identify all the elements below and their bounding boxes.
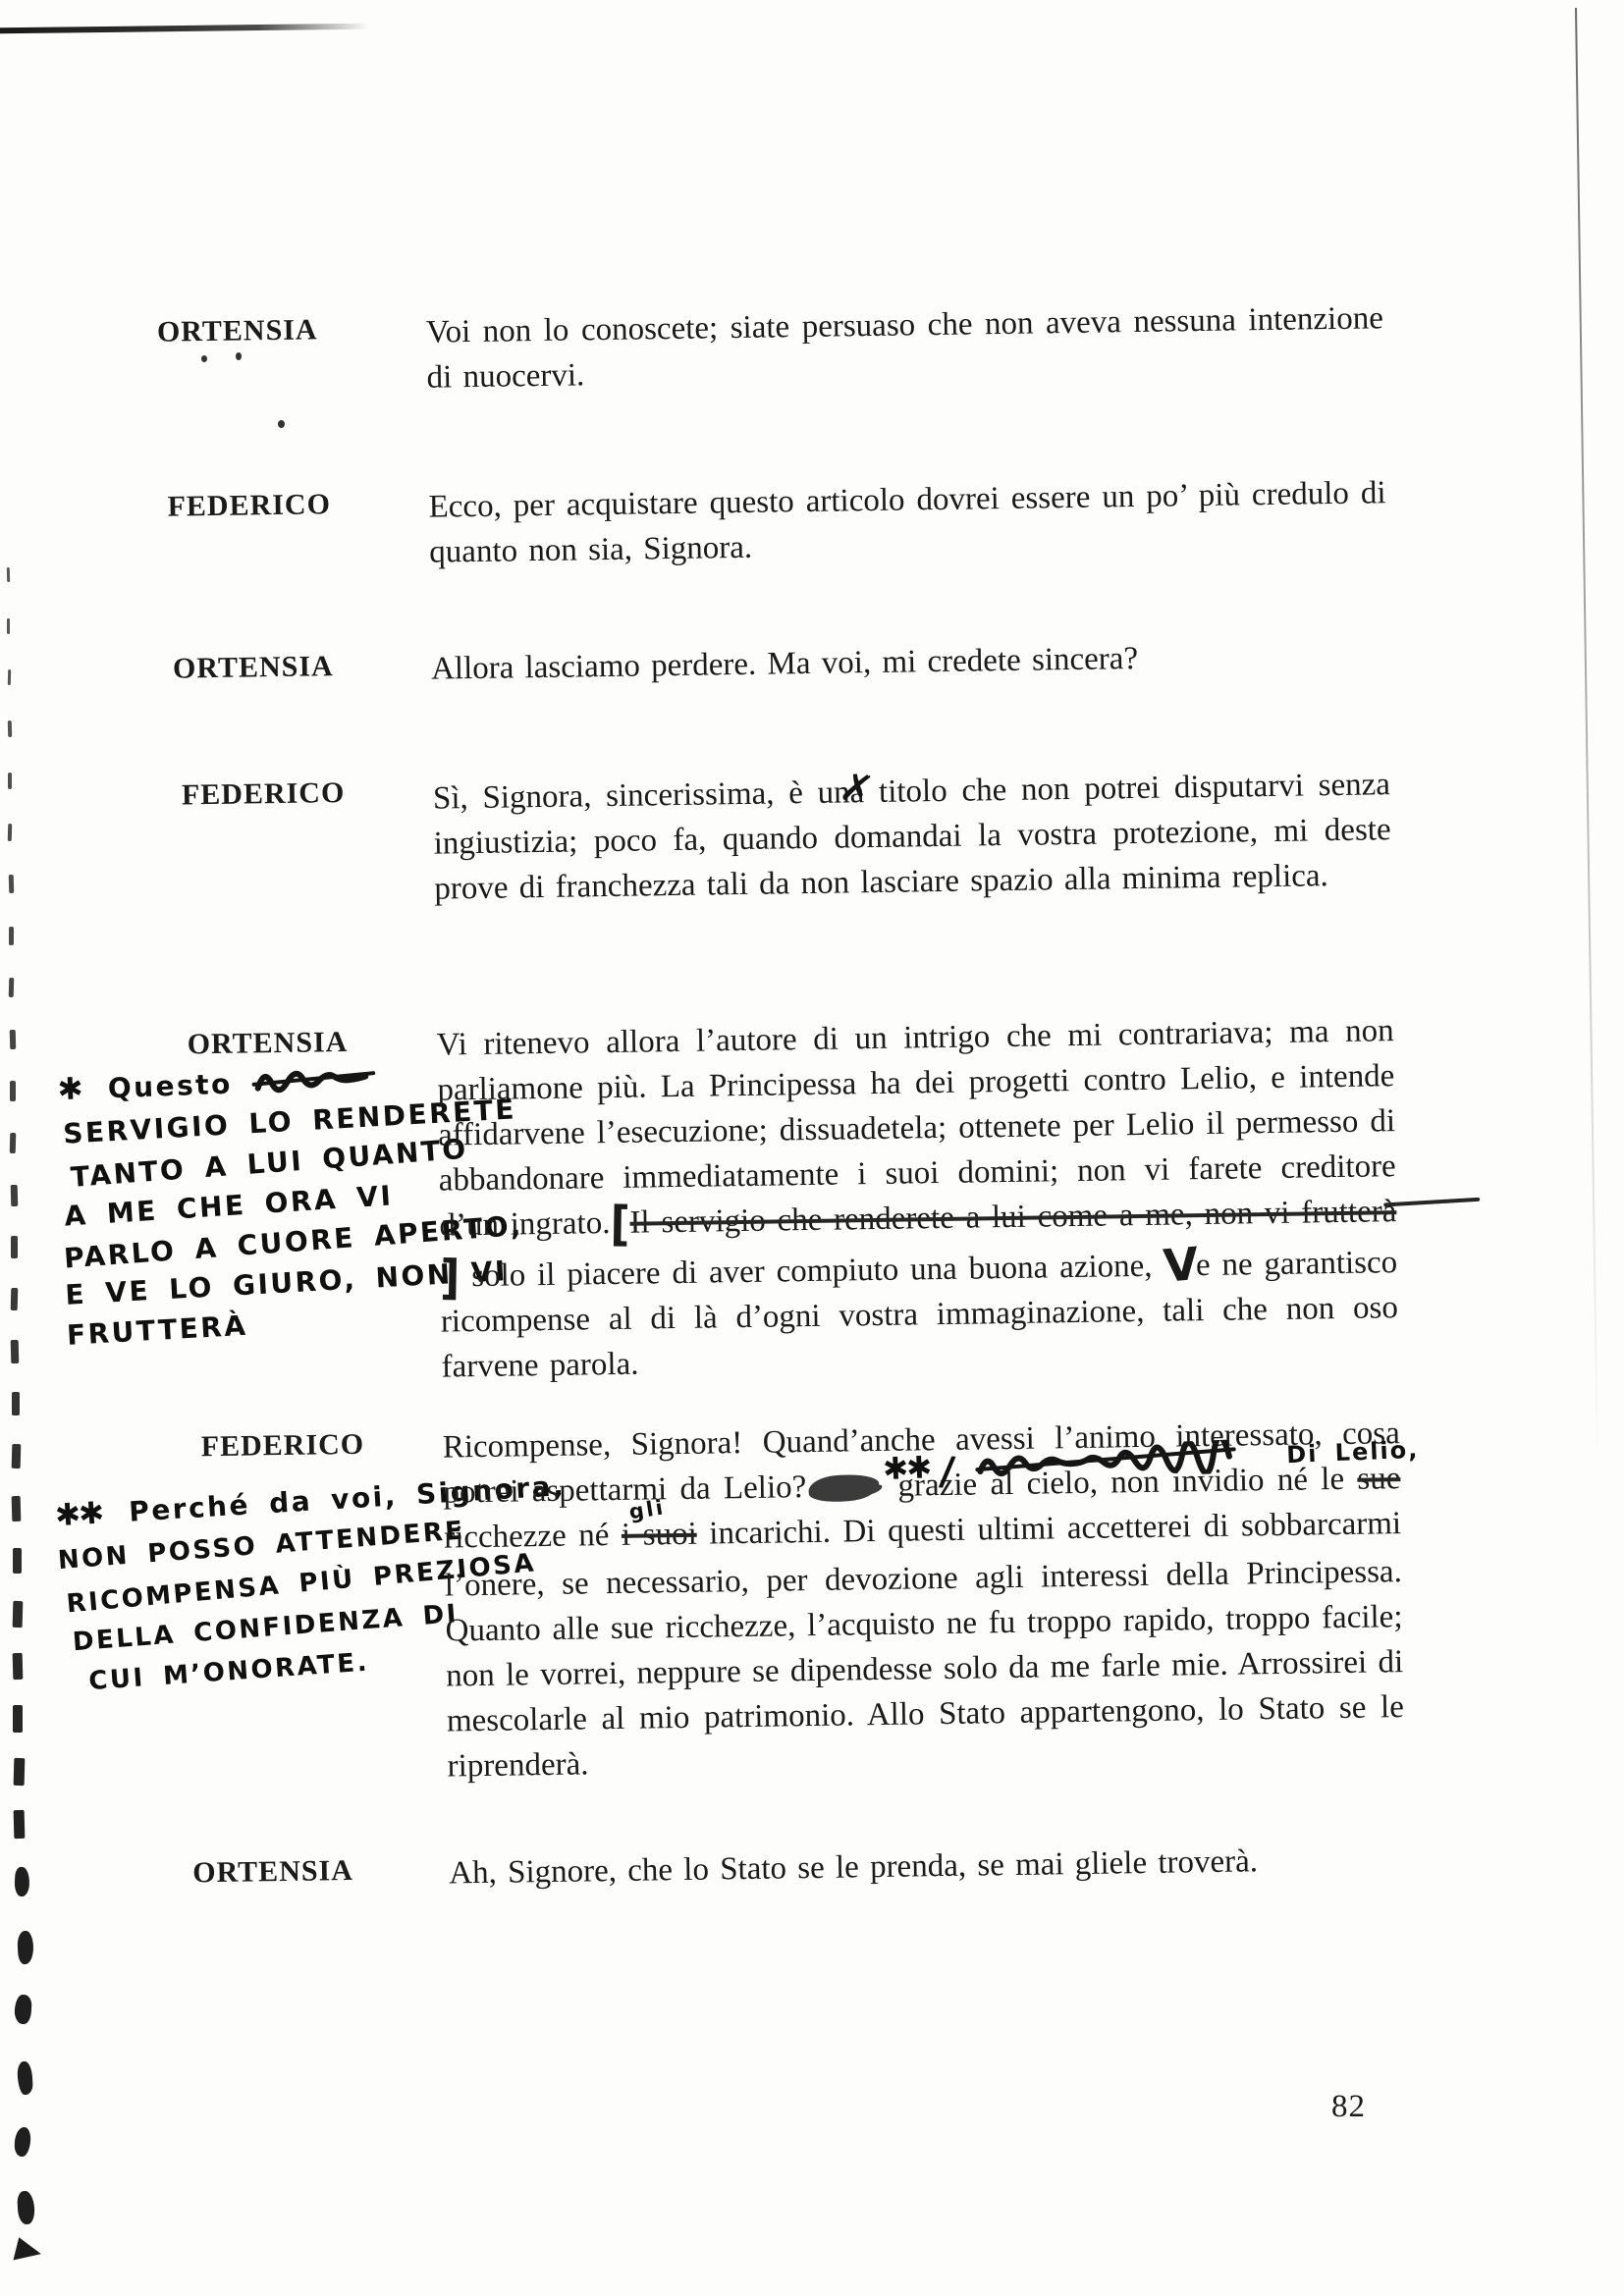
speech-text: Allora lasciamo perdere. Ma voi, mi cred… xyxy=(431,632,1389,691)
speaker-name: FEDERICO xyxy=(167,488,331,523)
scribbled-out-handwriting xyxy=(974,1438,1270,1483)
page-number: 82 xyxy=(1331,2089,1366,2125)
dialogue-block: FEDERICO ✱✱ Perché da voi, Signora, NON … xyxy=(5,1408,1624,1432)
dialogue-block: FEDERICO Ecco, per acquistare questo art… xyxy=(0,467,1614,492)
speech-segment: Sì, Signora, sincerissima, è un xyxy=(433,774,850,816)
hand-corrected-letter: V xyxy=(1162,1241,1200,1289)
speaker-name: ORTENSIA xyxy=(157,313,318,348)
speaker-name: ORTENSIA xyxy=(192,1854,353,1890)
insertion-slash-mark: ∕ xyxy=(938,1449,958,1495)
speaker-name: FEDERICO xyxy=(201,1428,365,1464)
handwritten-margin-note: ✱✱ Perché da voi, Signora, NON POSSO ATT… xyxy=(54,1469,488,1701)
dialogue-block: ORTENSIA ✱ Questo SERVIGIO LO RENDERETE … xyxy=(0,1005,1622,1030)
speech-text: Ricompense, Signora! Quand’anche avessi … xyxy=(442,1411,1404,1789)
dialogue-block: ORTENSIA Voi non lo conoscete; siate per… xyxy=(0,293,1611,317)
double-asterisk-marker: ✱✱ xyxy=(54,1495,103,1533)
scribbled-out-word xyxy=(807,1472,880,1504)
speech-text: Sì, Signora, sincerissima, è una✗ titolo… xyxy=(433,759,1392,911)
page-content: ORTENSIA Voi non lo conoscete; siate per… xyxy=(0,0,1624,2296)
handwritten-word: Questo xyxy=(107,1068,233,1105)
dialogue-block: ORTENSIA Ah, Signore, che lo Stato se le… xyxy=(11,1834,1624,1858)
dialogue-block: ORTENSIA Allora lasciamo perdere. Ma voi… xyxy=(0,629,1617,654)
speaker-name: ORTENSIA xyxy=(173,650,334,685)
asterisk-marker: ✱ xyxy=(57,1071,81,1107)
strikethrough-tail xyxy=(1383,1198,1480,1207)
speech-text: Voi non lo conoscete; siate persuaso che… xyxy=(426,295,1384,400)
dialogue-block: FEDERICO Sì, Signora, sincerissima, è un… xyxy=(0,756,1618,780)
speaker-name: FEDERICO xyxy=(182,776,346,812)
speaker-name: ORTENSIA xyxy=(187,1026,348,1061)
speech-segment: ricchezze né xyxy=(444,1518,622,1556)
double-asterisk-marker: ✱✱ xyxy=(882,1450,930,1487)
scribbled-out-word xyxy=(250,1060,379,1100)
scanned-script-page: ORTENSIA Voi non lo conoscete; siate per… xyxy=(0,0,1624,2296)
handwritten-margin-note: ✱ Questo SERVIGIO LO RENDERETE TANTO A L… xyxy=(57,1054,489,1352)
speech-text: Ecco, per acquistare questo articolo dov… xyxy=(428,470,1386,574)
speech-text: Vi ritenevo allora l’autore di un intrig… xyxy=(436,1008,1398,1389)
hand-inserted-text: Di Lelio, xyxy=(1286,1436,1420,1469)
struck-out-text: Il servigio che renderete a lui come a m… xyxy=(629,1194,1396,1241)
speech-segment: solo il piacere di aver compiuto una buo… xyxy=(460,1249,1164,1295)
speech-text: Ah, Signore, che lo Stato se le prenda, … xyxy=(449,1837,1407,1896)
